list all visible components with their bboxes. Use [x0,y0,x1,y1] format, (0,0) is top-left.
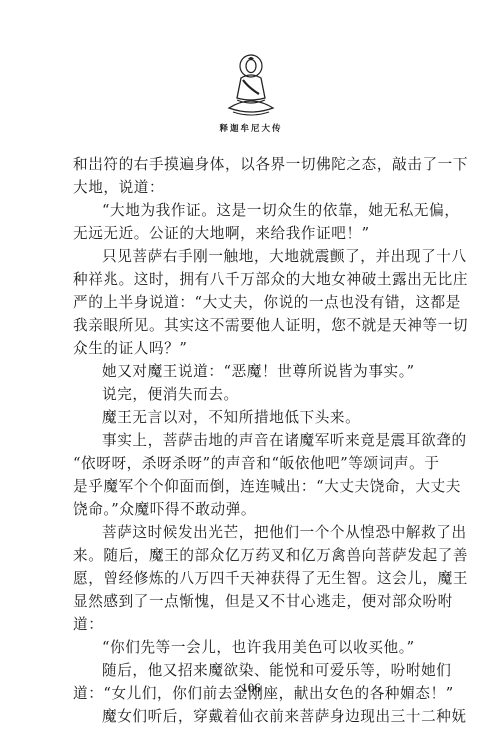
text-line: 说完，便消失而去。 [73,383,435,406]
text-line: 饶命。”众魔吓得不敢动弹。 [73,498,435,521]
text-line: 她又对魔王说道：“恶魔！世尊所说皆为事实。” [73,360,435,383]
text-line: 随后，他又招来魔欲染、能悦和可爱乐等，吩咐她们 [73,659,435,682]
text-line: 显然感到了一点惭愧，但是又不甘心逃走，便对部众吩咐 [73,590,435,613]
text-line: “依呀呀，杀呀杀呀”的声音和“皈依他吧”等颂词声。于 [73,452,435,475]
text-line: 我亲眼所见。其实这不需要他人证明，您不就是天神等一切 [73,314,435,337]
text-line: “大地为我作证。这是一切众生的依靠，她无私无偏， [73,199,435,222]
text-line: 菩萨这时候发出光芒，把他们一个个从惶恐中解救了出 [73,521,435,544]
text-line: 只见菩萨右手刚一触地，大地就震颤了，并出现了十八 [73,245,435,268]
text-line: 事实上，菩萨击地的声音在诸魔军听来竟是震耳欲聋的 [73,429,435,452]
text-line: 魔王无言以对，不知所措地低下头来。 [73,406,435,429]
page-number: · 106 · [0,680,502,696]
page-header: 释迦牟尼大传 [0,52,502,134]
body-text: 和岀符的右手摸遍身体，以各界一切佛陀之态，敲击了一下大地，说道：“大地为我作证。… [73,153,435,728]
text-line: 愿，曾经修炼的八万四千天神获得了无生智。这会儿，魔王 [73,567,435,590]
text-line: 来。随后，魔王的部众亿万药叉和亿万禽兽向菩萨发起了善 [73,544,435,567]
text-line: 道： [73,613,435,636]
text-line: 无远无近。公证的大地啊，来给我作证吧！” [73,222,435,245]
book-title-caption: 释迦牟尼大传 [0,122,502,134]
text-line: 和岀符的右手摸遍身体，以各界一切佛陀之态，敲击了一下 [73,153,435,176]
text-line: 严的上半身说道：“大丈夫，你说的一点也没有错，这都是 [73,291,435,314]
text-line: “你们先等一会儿，也许我用美色可以收买他。” [73,636,435,659]
text-line: 种祥兆。这时，拥有八千万部众的大地女神破土露出无比庄 [73,268,435,291]
text-line: 是乎魔军个个仰面而倒，连连喊出：“大丈夫饶命，大丈夫 [73,475,435,498]
text-line: 魔女们听后，穿戴着仙衣前来菩萨身边现出三十二种妩 [73,705,435,728]
text-line: 众生的证人吗？” [73,337,435,360]
buddha-illustration-icon [225,52,277,120]
text-line: 大地，说道： [73,176,435,199]
